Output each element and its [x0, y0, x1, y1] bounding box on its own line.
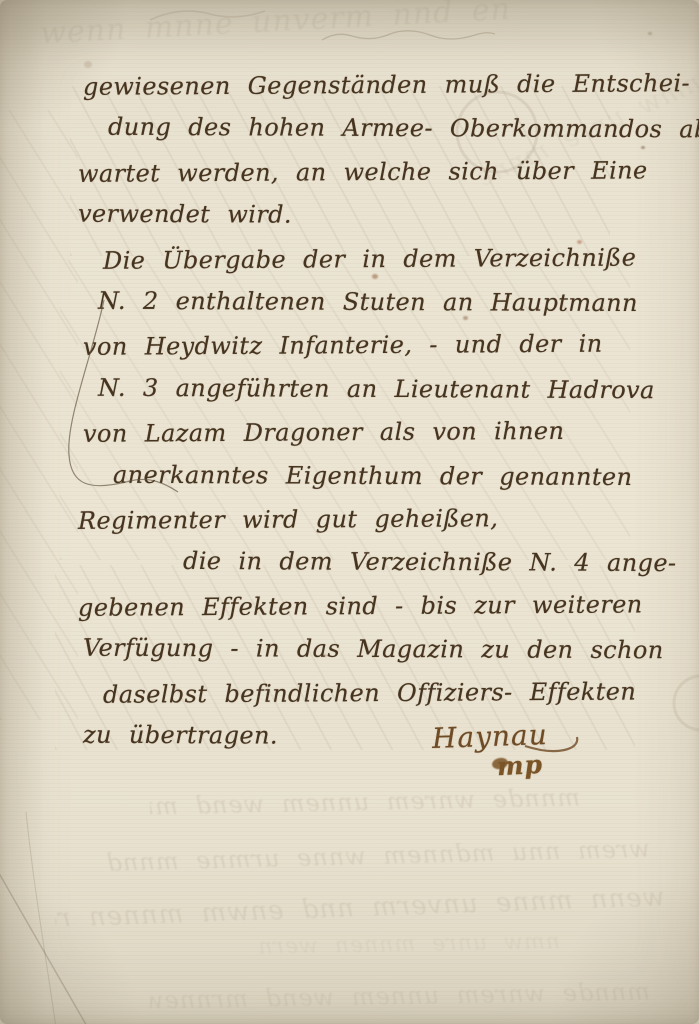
letter-line: anerkanntes Eigenthum der genannten [113, 453, 680, 499]
letter-line: Verfügung - in das Magazin zu den schon [83, 627, 680, 673]
letter-line: von Lazam Dragoner als von ihnen [83, 409, 680, 456]
letter-line: wartet werden, an welche sich über Eine [78, 149, 680, 196]
letter-line: N. 3 angeführten an Lieutenant Hadrova [98, 367, 680, 413]
letter-line: von Heydwitz Infanterie, - und der in [83, 323, 680, 370]
letter-body: gewiesenen Gegenständen muß die Entschei… [78, 64, 680, 759]
letter-line: die in dem Verzeichniße N. 4 ange- [183, 540, 680, 586]
signature-paraph: mp [496, 750, 543, 781]
scanned-letter-page: { "letter": { "script": "German Kurrent … [0, 0, 699, 1024]
letter-line: verwendet wird. [78, 193, 680, 239]
letter-line: Regimenter wird gut geheißen, [78, 496, 680, 543]
letter-line: Die Übergabe der in dem Verzeichniße [103, 236, 680, 283]
letter-line: N. 2 enthaltenen Stuten an Hauptmann [98, 280, 680, 326]
letter-line: gewiesenen Gegenständen muß die Entschei… [83, 62, 680, 109]
letter-line: gebenen Effekten sind - bis zur weiteren [78, 583, 680, 630]
letter-line: zu übertragen. [83, 714, 680, 760]
letter-line: dung des hohen Armee- Oberkommandos abge… [108, 106, 680, 152]
letter-line: daselbst befindlichen Offiziers- Effekte… [103, 670, 680, 717]
